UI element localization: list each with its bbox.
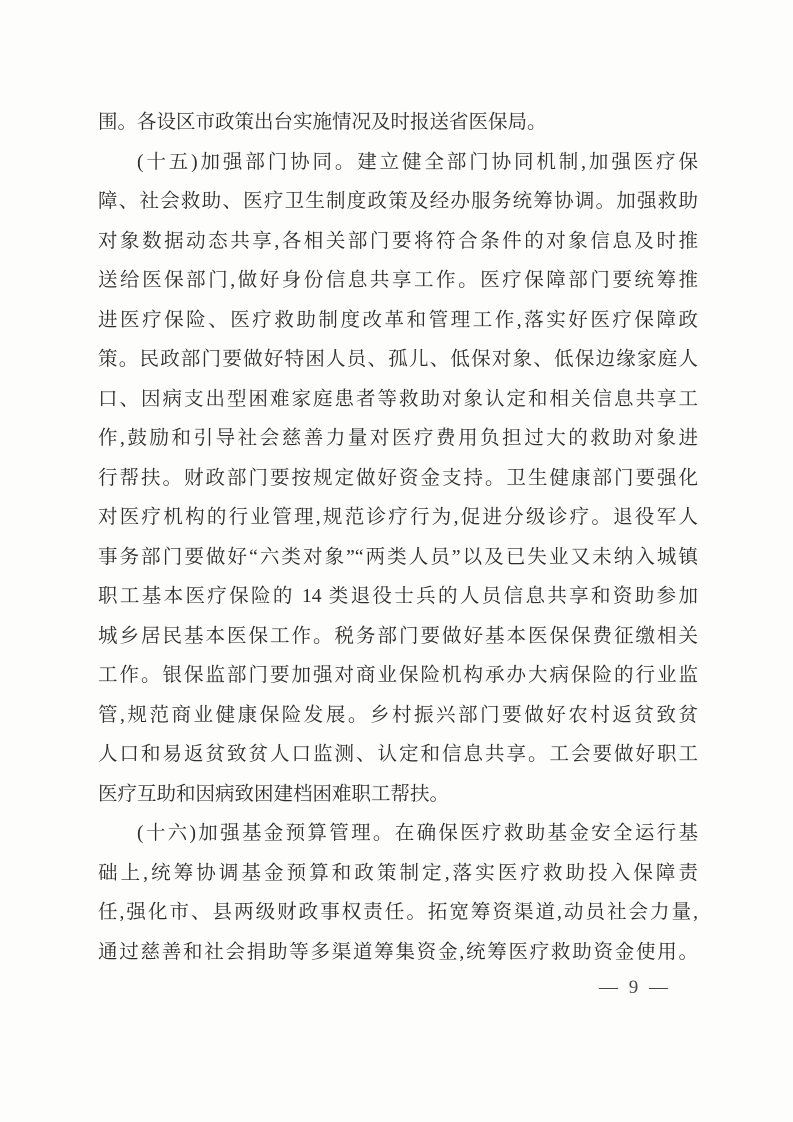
text-line: 行帮扶。财政部门要按规定做好资金支持。卫生健康部门要强化 [98, 459, 698, 499]
text-line: 事务部门要做好“六类对象”“两类人员”以及已失业又未纳入城镇 [98, 538, 698, 578]
document-page: 围。各设区市政策出台实施情况及时报送省医保局。(十五)加强部门协同。建立健全部门… [0, 0, 793, 1122]
text-line: 对医疗机构的行业管理,规范诊疗行为,促进分级诊疗。退役军人 [98, 498, 698, 538]
text-line: 进医疗保险、医疗救助制度改革和管理工作,落实好医疗保障政 [98, 301, 698, 341]
text-line: 策。民政部门要做好特困人员、孤儿、低保对象、低保边缘家庭人 [98, 340, 698, 380]
text-line: (十五)加强部门协同。建立健全部门协同机制,加强医疗保 [98, 143, 698, 183]
text-line: 人口和易返贫致贫人口监测、认定和信息共享。工会要做好职工 [98, 735, 698, 775]
text-line: 城乡居民基本医保工作。税务部门要做好基本医保保费征缴相关 [98, 617, 698, 657]
text-line: 通过慈善和社会捐助等多渠道筹集资金,统筹医疗救助资金使用。 [98, 933, 698, 973]
text-line: 职工基本医疗保险的 14 类退役士兵的人员信息共享和资助参加 [98, 577, 698, 617]
text-line: 围。各设区市政策出台实施情况及时报送省医保局。 [98, 103, 698, 143]
text-line: 管,规范商业健康保险发展。乡村振兴部门要做好农村返贫致贫 [98, 696, 698, 736]
text-line: 送给医保部门,做好身份信息共享工作。医疗保障部门要统筹推 [98, 261, 698, 301]
text-line: (十六)加强基金预算管理。在确保医疗救助基金安全运行基 [98, 814, 698, 854]
text-line: 对象数据动态共享,各相关部门要将符合条件的对象信息及时推 [98, 222, 698, 262]
body-text: 围。各设区市政策出台实施情况及时报送省医保局。(十五)加强部门协同。建立健全部门… [98, 103, 698, 972]
page-number: — 9 — [594, 977, 676, 999]
text-line: 工作。银保监部门要加强对商业保险机构承办大病保险的行业监 [98, 656, 698, 696]
text-line: 作,鼓励和引导社会慈善力量对医疗费用负担过大的救助对象进 [98, 419, 698, 459]
text-line: 础上,统筹协调基金预算和政策制定,落实医疗救助投入保障责 [98, 854, 698, 894]
text-line: 障、社会救助、医疗卫生制度政策及经办服务统筹协调。加强救助 [98, 182, 698, 222]
text-line: 口、因病支出型困难家庭患者等救助对象认定和相关信息共享工 [98, 380, 698, 420]
text-line: 任,强化市、县两级财政事权责任。拓宽筹资渠道,动员社会力量, [98, 893, 698, 933]
text-line: 医疗互助和因病致困建档困难职工帮扶。 [98, 775, 698, 815]
